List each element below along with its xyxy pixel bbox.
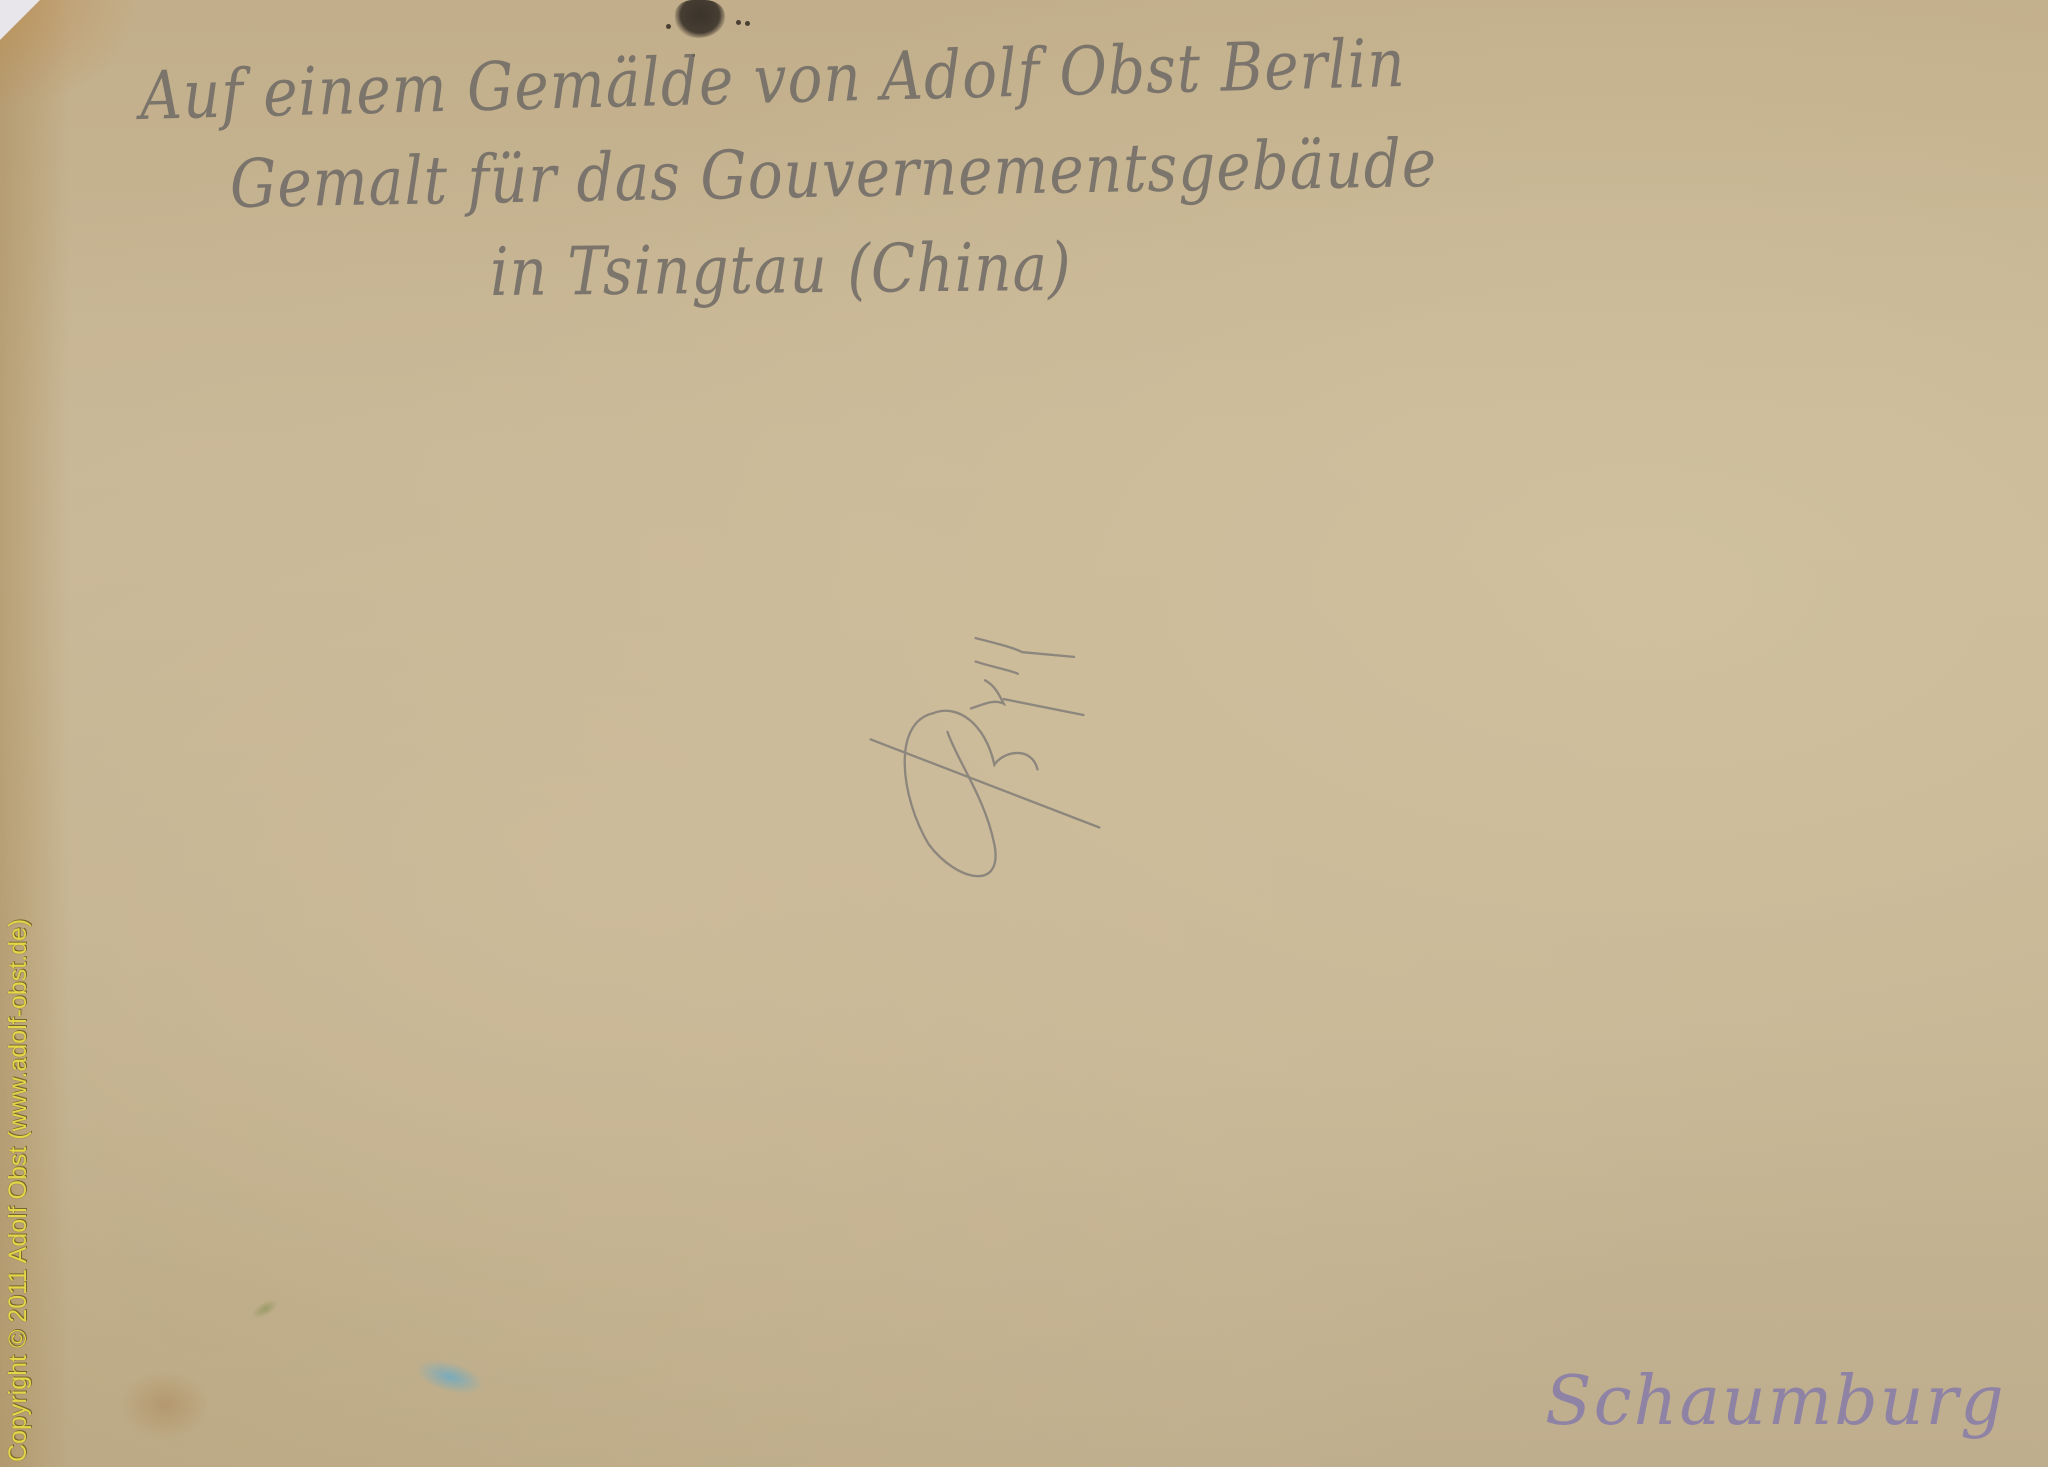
ink-drop <box>745 21 750 26</box>
ink-drop <box>666 24 671 29</box>
pencil-signature-icon <box>850 610 1120 910</box>
water-stain <box>120 1370 210 1440</box>
torn-corner <box>0 0 40 40</box>
copyright-watermark: Copyright © 2011 Adolf Obst (www.adolf-o… <box>4 822 33 1462</box>
violet-signature: Schaumburg <box>1545 1362 2006 1441</box>
ink-drop <box>736 20 741 25</box>
handwritten-line-3: in Tsingtau (China) <box>490 228 1072 311</box>
